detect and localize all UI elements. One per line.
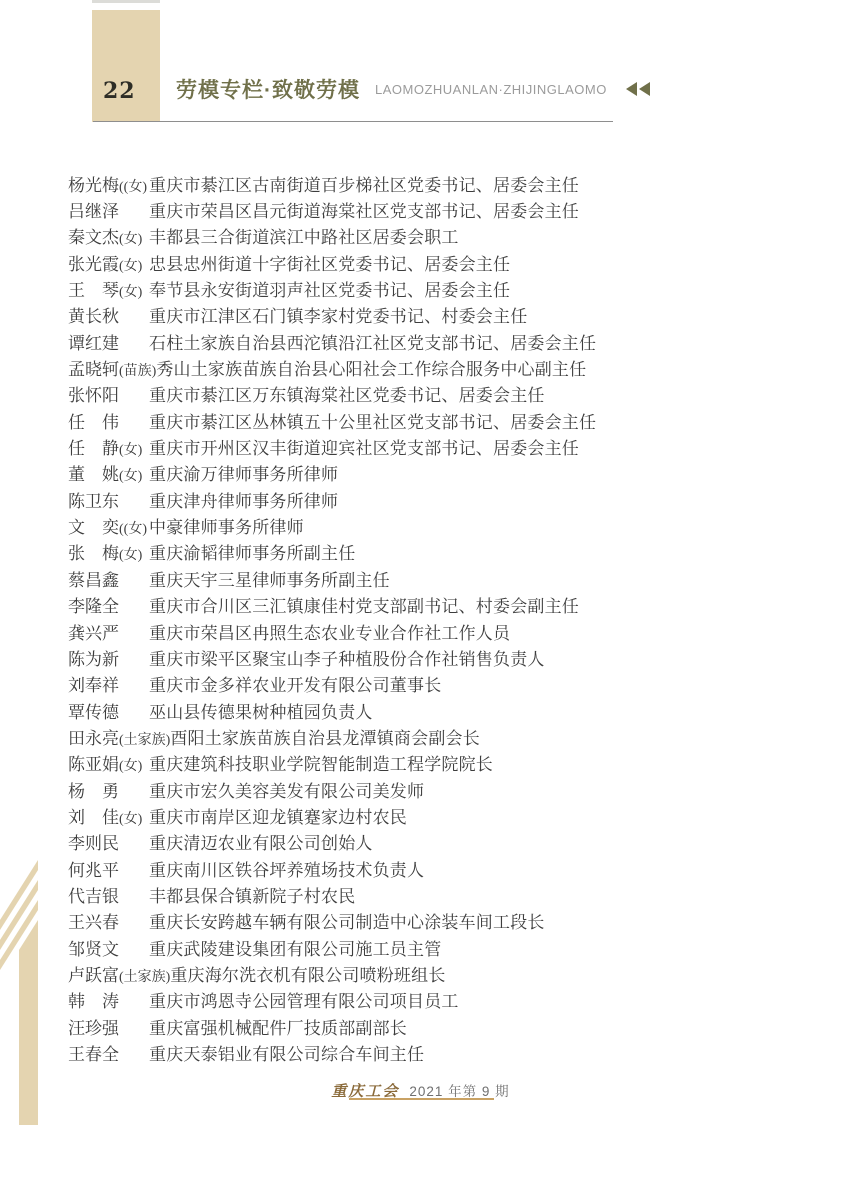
person-tag: (女) bbox=[119, 285, 142, 300]
list-item: 陈亚娟(女) 重庆建筑科技职业学院智能制造工程学院院长 bbox=[68, 750, 788, 776]
person-tag: (土家族) bbox=[119, 733, 170, 748]
list-item: 吕继泽 重庆市荣昌区昌元街道海棠社区党支部书记、居委会主任 bbox=[68, 196, 788, 222]
list-item: 刘奉祥 重庆市金多祥农业开发有限公司董事长 bbox=[68, 671, 788, 697]
person-name: 张怀阳 bbox=[68, 386, 119, 405]
person-title: 重庆市南岸区迎龙镇蹇家边村农民 bbox=[149, 803, 407, 828]
person-name-cell: 王春全 bbox=[68, 1040, 149, 1065]
person-name-cell: 黄长秋 bbox=[68, 302, 149, 327]
person-name: 汪珍强 bbox=[68, 1019, 119, 1038]
person-name-cell: 陈亚娟(女) bbox=[68, 750, 149, 775]
person-name: 代吉银 bbox=[68, 887, 119, 906]
person-name: 吕继泽 bbox=[68, 202, 119, 221]
person-title: 重庆市宏久美容美发有限公司美发师 bbox=[149, 777, 424, 802]
person-name-cell: 田永亮(土家族) bbox=[68, 724, 170, 749]
person-name-cell: 任 静(女) bbox=[68, 434, 149, 459]
list-item: 王 琴(女) 奉节县永安街道羽声社区党委书记、居委会主任 bbox=[68, 275, 788, 301]
person-tag: (女) bbox=[119, 548, 142, 563]
person-name-cell: 孟晓轲(苗族) bbox=[68, 355, 156, 380]
person-name: 覃传德 bbox=[68, 703, 119, 722]
person-name: 任 静 bbox=[68, 439, 119, 458]
person-title: 重庆天泰铝业有限公司综合车间主任 bbox=[149, 1040, 424, 1065]
list-item: 刘 佳(女) 重庆市南岸区迎龙镇蹇家边村农民 bbox=[68, 802, 788, 828]
person-tag: (苗族) bbox=[119, 364, 156, 379]
person-title: 秀山土家族苗族自治县心阳社会工作综合服务中心副主任 bbox=[156, 355, 586, 380]
person-name-cell: 龚兴严 bbox=[68, 619, 149, 644]
person-title: 重庆渝万律师事务所律师 bbox=[149, 460, 338, 485]
person-title: 重庆长安跨越车辆有限公司制造中心涂装车间工段长 bbox=[149, 908, 545, 933]
list-item: 秦文杰(女) 丰都县三合街道滨江中路社区居委会职工 bbox=[68, 223, 788, 249]
person-name-cell: 吕继泽 bbox=[68, 197, 149, 222]
corner-stripes-decoration bbox=[0, 850, 45, 1130]
list-item: 任 伟 重庆市綦江区丛林镇五十公里社区党支部书记、居委会主任 bbox=[68, 407, 788, 433]
person-title: 重庆市开州区汉丰街道迎宾社区党支部书记、居委会主任 bbox=[149, 434, 579, 459]
list-item: 任 静(女) 重庆市开州区汉丰街道迎宾社区党支部书记、居委会主任 bbox=[68, 433, 788, 459]
person-tag: ((女) bbox=[119, 180, 147, 195]
person-title: 重庆渝韬律师事务所副主任 bbox=[149, 539, 355, 564]
person-name: 刘 佳 bbox=[68, 808, 119, 827]
person-name-cell: 刘 佳(女) bbox=[68, 803, 149, 828]
list-item: 王兴春 重庆长安跨越车辆有限公司制造中心涂装车间工段长 bbox=[68, 908, 788, 934]
person-tag: (女) bbox=[119, 812, 142, 827]
list-item: 陈为新 重庆市梁平区聚宝山李子种植股份合作社销售负责人 bbox=[68, 644, 788, 670]
section-subtitle-pinyin: LAOMOZHUANLAN·ZHIJINGLAOMO bbox=[375, 82, 607, 97]
person-name-cell: 卢跃富(土家族) bbox=[68, 961, 170, 986]
list-item: 邹贤文 重庆武陵建设集团有限公司施工员主管 bbox=[68, 934, 788, 960]
person-title: 重庆南川区铁谷坪养殖场技术负责人 bbox=[149, 856, 424, 881]
person-name-cell: 张光霞(女) bbox=[68, 250, 149, 275]
person-tag: (女) bbox=[119, 759, 142, 774]
person-name: 杨光梅 bbox=[68, 176, 119, 195]
person-name-cell: 陈卫东 bbox=[68, 487, 149, 512]
list-item: 张怀阳 重庆市綦江区万东镇海棠社区党委书记、居委会主任 bbox=[68, 381, 788, 407]
person-title: 石柱土家族自治县西沱镇沿江社区党支部书记、居委会主任 bbox=[149, 329, 596, 354]
list-item: 王春全 重庆天泰铝业有限公司综合车间主任 bbox=[68, 1039, 788, 1065]
person-name: 陈亚娟 bbox=[68, 755, 119, 774]
person-name-cell: 覃传德 bbox=[68, 698, 149, 723]
person-title: 重庆武陵建设集团有限公司施工员主管 bbox=[149, 935, 441, 960]
list-item: 龚兴严 重庆市荣昌区冉照生态农业专业合作社工作人员 bbox=[68, 618, 788, 644]
person-name: 龚兴严 bbox=[68, 624, 119, 643]
person-title: 重庆市金多祥农业开发有限公司董事长 bbox=[149, 671, 441, 696]
person-name: 董 姚 bbox=[68, 465, 119, 484]
person-tag: (女) bbox=[119, 259, 142, 274]
list-item: 代吉银 丰都县保合镇新院子村农民 bbox=[68, 881, 788, 907]
person-title: 丰都县保合镇新院子村农民 bbox=[149, 882, 355, 907]
person-title: 重庆市綦江区万东镇海棠社区党委书记、居委会主任 bbox=[149, 381, 545, 406]
person-title: 重庆市荣昌区昌元街道海棠社区党支部书记、居委会主任 bbox=[149, 197, 579, 222]
person-name: 陈为新 bbox=[68, 650, 119, 669]
model-worker-list: 杨光梅((女) 重庆市綦江区古南街道百步梯社区党委书记、居委会主任 吕继泽 重庆… bbox=[68, 170, 788, 1066]
person-title: 重庆富强机械配件厂技质部副部长 bbox=[149, 1014, 407, 1039]
person-title: 重庆市荣昌区冉照生态农业专业合作社工作人员 bbox=[149, 619, 510, 644]
person-name-cell: 王 琴(女) bbox=[68, 276, 149, 301]
header-divider-line bbox=[93, 121, 613, 122]
list-item: 何兆平 重庆南川区铁谷坪养殖场技术负责人 bbox=[68, 855, 788, 881]
person-name: 刘奉祥 bbox=[68, 676, 119, 695]
person-name: 何兆平 bbox=[68, 861, 119, 880]
double-left-arrows-icon bbox=[626, 82, 652, 96]
person-name-cell: 蔡昌鑫 bbox=[68, 566, 149, 591]
person-name-cell: 李隆全 bbox=[68, 592, 149, 617]
page-number: 22 bbox=[103, 78, 136, 104]
person-name: 任 伟 bbox=[68, 413, 119, 432]
person-title: 巫山县传德果树种植园负责人 bbox=[149, 698, 373, 723]
list-item: 张光霞(女) 忠县忠州街道十字街社区党委书记、居委会主任 bbox=[68, 249, 788, 275]
person-name: 李隆全 bbox=[68, 597, 119, 616]
list-item: 董 姚(女) 重庆渝万律师事务所律师 bbox=[68, 460, 788, 486]
person-name-cell: 李则民 bbox=[68, 829, 149, 854]
person-name-cell: 刘奉祥 bbox=[68, 671, 149, 696]
person-name: 王 琴 bbox=[68, 281, 119, 300]
person-name-cell: 张 梅(女) bbox=[68, 539, 149, 564]
person-tag: ((女) bbox=[119, 522, 147, 537]
person-title: 重庆市綦江区丛林镇五十公里社区党支部书记、居委会主任 bbox=[149, 408, 596, 433]
person-name: 黄长秋 bbox=[68, 307, 119, 326]
person-name-cell: 张怀阳 bbox=[68, 381, 149, 406]
person-title: 酉阳土家族苗族自治县龙潭镇商会副会长 bbox=[170, 724, 480, 749]
magazine-page: 22 劳模专栏·致敬劳模 LAOMOZHUANLAN·ZHIJINGLAOMO … bbox=[0, 0, 841, 1189]
person-title: 奉节县永安街道羽声社区党委书记、居委会主任 bbox=[149, 276, 510, 301]
list-item: 韩 涛 重庆市鸿恩寺公园管理有限公司项目员工 bbox=[68, 987, 788, 1013]
person-name-cell: 代吉银 bbox=[68, 882, 149, 907]
person-title: 重庆市合川区三汇镇康佳村党支部副书记、村委会副主任 bbox=[149, 592, 579, 617]
person-name: 文 奕 bbox=[68, 518, 119, 537]
list-item: 李隆全 重庆市合川区三汇镇康佳村党支部副书记、村委会副主任 bbox=[68, 592, 788, 618]
top-edge-strip bbox=[92, 0, 160, 3]
person-title: 丰都县三合街道滨江中路社区居委会职工 bbox=[149, 223, 459, 248]
person-title: 重庆市梁平区聚宝山李子种植股份合作社销售负责人 bbox=[149, 645, 545, 670]
person-title: 重庆天宇三星律师事务所副主任 bbox=[149, 566, 390, 591]
list-item: 孟晓轲(苗族) 秀山土家族苗族自治县心阳社会工作综合服务中心副主任 bbox=[68, 354, 788, 380]
list-item: 李则民 重庆清迈农业有限公司创始人 bbox=[68, 829, 788, 855]
person-name-cell: 陈为新 bbox=[68, 645, 149, 670]
person-name: 邹贤文 bbox=[68, 940, 119, 959]
person-name-cell: 邹贤文 bbox=[68, 935, 149, 960]
list-item: 杨光梅((女) 重庆市綦江区古南街道百步梯社区党委书记、居委会主任 bbox=[68, 170, 788, 196]
list-item: 杨 勇 重庆市宏久美容美发有限公司美发师 bbox=[68, 776, 788, 802]
person-title: 中豪律师事务所律师 bbox=[149, 513, 304, 538]
list-item: 卢跃富(土家族) 重庆海尔洗衣机有限公司喷粉班组长 bbox=[68, 960, 788, 986]
person-name: 王春全 bbox=[68, 1045, 119, 1064]
list-item: 陈卫东 重庆津舟律师事务所律师 bbox=[68, 486, 788, 512]
person-title: 重庆市江津区石门镇李家村党委书记、村委会主任 bbox=[149, 302, 527, 327]
person-title: 重庆海尔洗衣机有限公司喷粉班组长 bbox=[170, 961, 445, 986]
section-header: 劳模专栏·致敬劳模 LAOMOZHUANLAN·ZHIJINGLAOMO bbox=[176, 74, 652, 104]
person-name-cell: 董 姚(女) bbox=[68, 460, 149, 485]
person-name-cell: 谭红建 bbox=[68, 329, 149, 354]
list-item: 谭红建 石柱土家族自治县西沱镇沿江社区党支部书记、居委会主任 bbox=[68, 328, 788, 354]
person-title: 重庆津舟律师事务所律师 bbox=[149, 487, 338, 512]
person-name: 李则民 bbox=[68, 834, 119, 853]
person-name-cell: 任 伟 bbox=[68, 408, 149, 433]
person-name-cell: 杨光梅((女) bbox=[68, 171, 149, 196]
person-title: 重庆清迈农业有限公司创始人 bbox=[149, 829, 373, 854]
person-name-cell: 汪珍强 bbox=[68, 1014, 149, 1039]
person-tag: (女) bbox=[119, 469, 142, 484]
list-item: 文 奕((女) 中豪律师事务所律师 bbox=[68, 512, 788, 538]
person-name: 张光霞 bbox=[68, 255, 119, 274]
person-name-cell: 韩 涛 bbox=[68, 987, 149, 1012]
list-item: 汪珍强 重庆富强机械配件厂技质部副部长 bbox=[68, 1013, 788, 1039]
issue-label: 2021 年第 9 期 bbox=[409, 1084, 509, 1099]
person-name: 卢跃富 bbox=[68, 966, 119, 985]
list-item: 田永亮(土家族) 酉阳土家族苗族自治县龙潭镇商会副会长 bbox=[68, 723, 788, 749]
person-title: 重庆建筑科技职业学院智能制造工程学院院长 bbox=[149, 750, 493, 775]
person-name: 田永亮 bbox=[68, 729, 119, 748]
person-tag: (土家族) bbox=[119, 970, 170, 985]
person-name: 王兴春 bbox=[68, 913, 119, 932]
list-item: 蔡昌鑫 重庆天宇三星律师事务所副主任 bbox=[68, 565, 788, 591]
person-name: 张 梅 bbox=[68, 544, 119, 563]
person-name-cell: 文 奕((女) bbox=[68, 513, 149, 538]
section-title: 劳模专栏·致敬劳模 bbox=[176, 74, 360, 104]
person-name: 杨 勇 bbox=[68, 782, 119, 801]
person-tag: (女) bbox=[119, 443, 142, 458]
person-tag: (女) bbox=[119, 232, 142, 247]
person-title: 重庆市鸿恩寺公园管理有限公司项目员工 bbox=[149, 987, 459, 1012]
page-number-block: 22 bbox=[92, 10, 160, 122]
person-name-cell: 秦文杰(女) bbox=[68, 223, 149, 248]
person-name: 秦文杰 bbox=[68, 228, 119, 247]
person-name-cell: 王兴春 bbox=[68, 908, 149, 933]
person-name: 陈卫东 bbox=[68, 492, 119, 511]
person-name: 韩 涛 bbox=[68, 992, 119, 1011]
list-item: 张 梅(女) 重庆渝韬律师事务所副主任 bbox=[68, 539, 788, 565]
person-name-cell: 杨 勇 bbox=[68, 777, 149, 802]
person-name-cell: 何兆平 bbox=[68, 856, 149, 881]
footer-divider-line bbox=[349, 1098, 494, 1100]
person-title: 重庆市綦江区古南街道百步梯社区党委书记、居委会主任 bbox=[149, 171, 579, 196]
list-item: 覃传德 巫山县传德果树种植园负责人 bbox=[68, 697, 788, 723]
person-name: 谭红建 bbox=[68, 334, 119, 353]
person-name: 蔡昌鑫 bbox=[68, 571, 119, 590]
list-item: 黄长秋 重庆市江津区石门镇李家村党委书记、村委会主任 bbox=[68, 302, 788, 328]
person-name: 孟晓轲 bbox=[68, 360, 119, 379]
person-title: 忠县忠州街道十字街社区党委书记、居委会主任 bbox=[149, 250, 510, 275]
